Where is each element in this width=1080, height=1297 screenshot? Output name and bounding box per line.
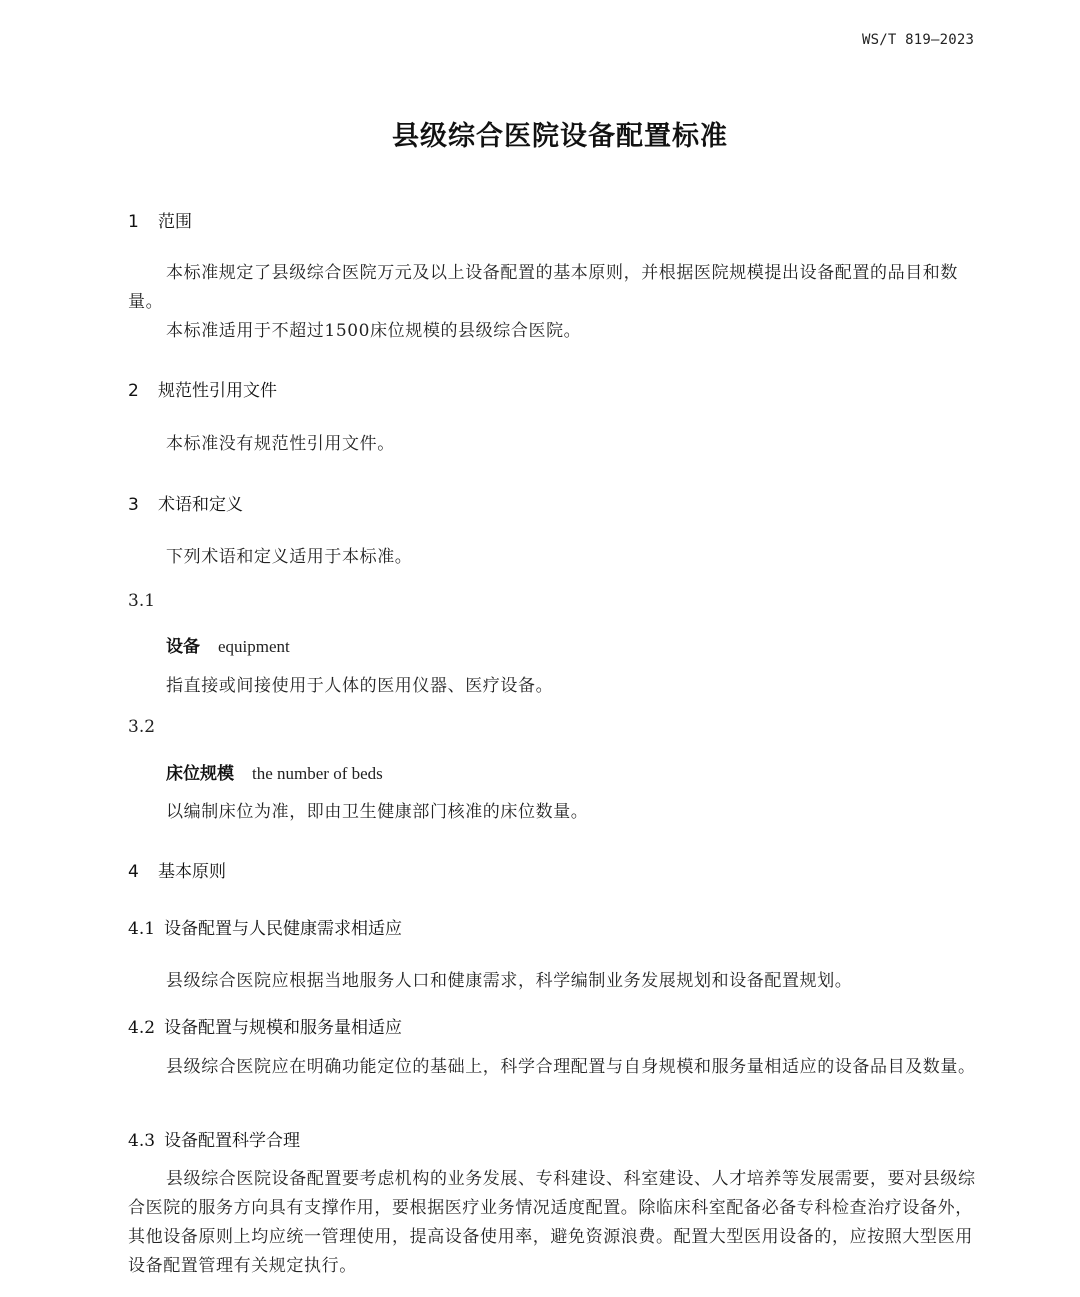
subsection-4-3-heading: 4.3设备配置科学合理 [128, 1126, 300, 1151]
term-3-2-definition: 以编制床位为准，即由卫生健康部门核准的床位数量。 [166, 798, 1016, 827]
section-title: 规范性引用文件 [158, 381, 277, 401]
subsection-title: 设备配置与人民健康需求相适应 [164, 919, 402, 939]
document-title: 县级综合医院设备配置标准 [0, 114, 1080, 153]
section-3-paragraph: 下列术语和定义适用于本标准。 [128, 543, 978, 572]
subsection-4-3-paragraph: 县级综合医院设备配置要考虑机构的业务发展、专科建设、科室建设、人才培养等发展需要… [128, 1165, 978, 1281]
section-number: 2 [128, 381, 158, 401]
term-en: the number of beds [252, 764, 383, 783]
term-3-1-number: 3.1 [128, 591, 155, 611]
section-3-heading: 3术语和定义 [128, 490, 243, 515]
section-2-paragraph: 本标准没有规范性引用文件。 [128, 430, 978, 459]
term-3-1: 设备equipment [166, 632, 290, 657]
term-3-1-definition: 指直接或间接使用于人体的医用仪器、医疗设备。 [166, 672, 1016, 701]
subsection-4-1-heading: 4.1设备配置与人民健康需求相适应 [128, 914, 402, 939]
subsection-4-1-paragraph: 县级综合医院应根据当地服务人口和健康需求，科学编制业务发展规划和设备配置规划。 [128, 967, 978, 996]
section-1-paragraph-1: 本标准规定了县级综合医院万元及以上设备配置的基本原则，并根据医院规模提出设备配置… [128, 259, 978, 317]
subsection-number: 4.1 [128, 919, 164, 939]
term-zh: 床位规模 [166, 764, 234, 784]
term-3-2: 床位规模the number of beds [166, 759, 383, 784]
subsection-number: 4.3 [128, 1131, 164, 1151]
subsection-4-2-paragraph: 县级综合医院应在明确功能定位的基础上，科学合理配置与自身规模和服务量相适应的设备… [128, 1053, 978, 1082]
term-zh: 设备 [166, 637, 200, 657]
subsection-4-2-heading: 4.2设备配置与规模和服务量相适应 [128, 1013, 402, 1038]
section-title: 术语和定义 [158, 495, 243, 515]
section-title: 范围 [158, 212, 192, 232]
section-4-heading: 4基本原则 [128, 857, 226, 882]
section-1-heading: 1范围 [128, 207, 192, 232]
section-title: 基本原则 [158, 862, 226, 882]
standard-code: WS/T 819—2023 [862, 32, 974, 48]
section-1-paragraph-2: 本标准适用于不超过1500床位规模的县级综合医院。 [128, 317, 978, 346]
section-number: 3 [128, 495, 158, 515]
subsection-number: 4.2 [128, 1018, 164, 1038]
section-number: 4 [128, 862, 158, 882]
subsection-title: 设备配置与规模和服务量相适应 [164, 1018, 402, 1038]
term-3-2-number: 3.2 [128, 717, 155, 737]
section-number: 1 [128, 212, 158, 232]
subsection-title: 设备配置科学合理 [164, 1131, 300, 1151]
term-en: equipment [218, 637, 290, 656]
section-2-heading: 2规范性引用文件 [128, 376, 277, 401]
